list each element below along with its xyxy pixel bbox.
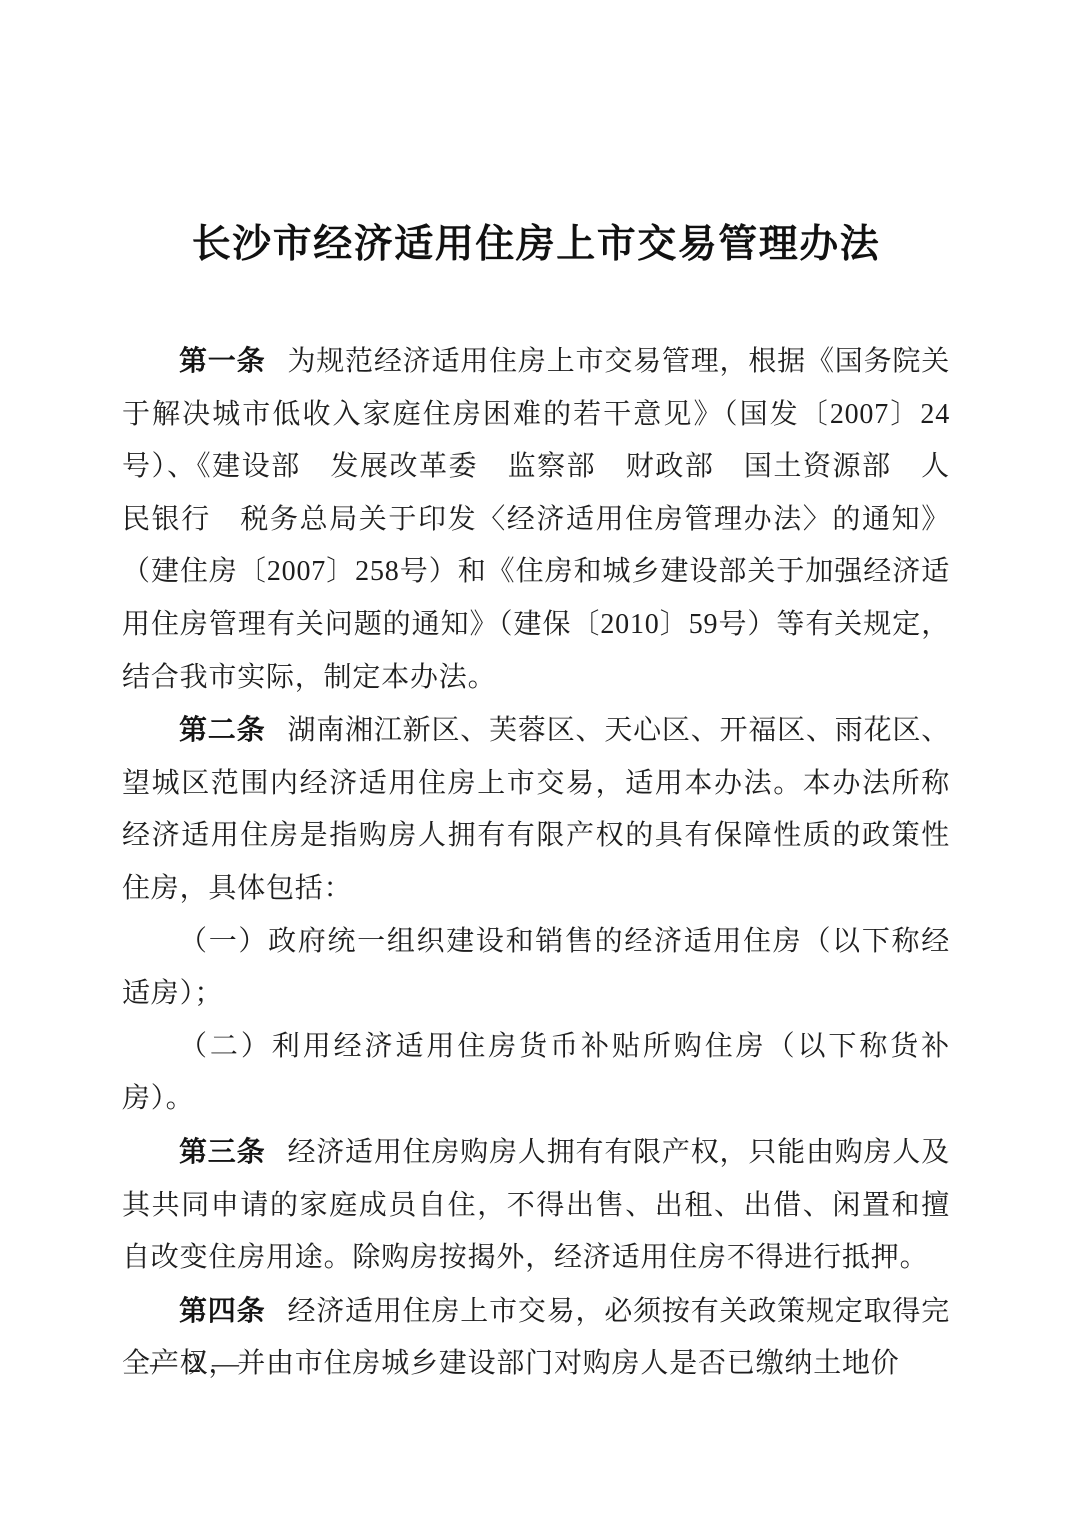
paragraph: 第一条为规范经济适用住房上市交易管理，根据《国务院关于解决城市低收入家庭住房困难… <box>122 335 950 704</box>
document-page: 长沙市经济适用住房上市交易管理办法 第一条为规范经济适用住房上市交易管理，根据《… <box>0 0 1074 1520</box>
article-label: 第三条 <box>179 1136 265 1167</box>
paragraph-text: （一）政府统一组织建设和销售的经济适用住房（以下称经适房）； <box>122 926 950 1010</box>
document-body: 第一条为规范经济适用住房上市交易管理，根据《国务院关于解决城市低收入家庭住房困难… <box>0 335 1074 1391</box>
paragraph: （二）利用经济适用住房货币补贴所购住房（以下称货补房）。 <box>122 1021 950 1126</box>
article-label: 第四条 <box>179 1295 265 1326</box>
paragraph: （一）政府统一组织建设和销售的经济适用住房（以下称经适房）； <box>122 916 950 1021</box>
paragraph: 第三条经济适用住房购房人拥有有限产权，只能由购房人及其共同申请的家庭成员自住，不… <box>122 1126 950 1285</box>
article-label: 第一条 <box>179 345 265 376</box>
article-label: 第二条 <box>179 714 265 745</box>
paragraph: 第二条湖南湘江新区、芙蓉区、天心区、开福区、雨花区、望城区范围内经济适用住房上市… <box>122 704 950 915</box>
paragraph: 第四条经济适用住房上市交易，必须按有关政策规定取得完全产权，并由市住房城乡建设部… <box>122 1285 950 1391</box>
document-title: 长沙市经济适用住房上市交易管理办法 <box>0 0 1074 267</box>
paragraph-text: 为规范经济适用住房上市交易管理，根据《国务院关于解决城市低收入家庭住房困难的若干… <box>122 346 950 693</box>
paragraph-text: （二）利用经济适用住房货币补贴所购住房（以下称货补房）。 <box>122 1031 950 1115</box>
page-number: — 2 — <box>150 1348 241 1379</box>
